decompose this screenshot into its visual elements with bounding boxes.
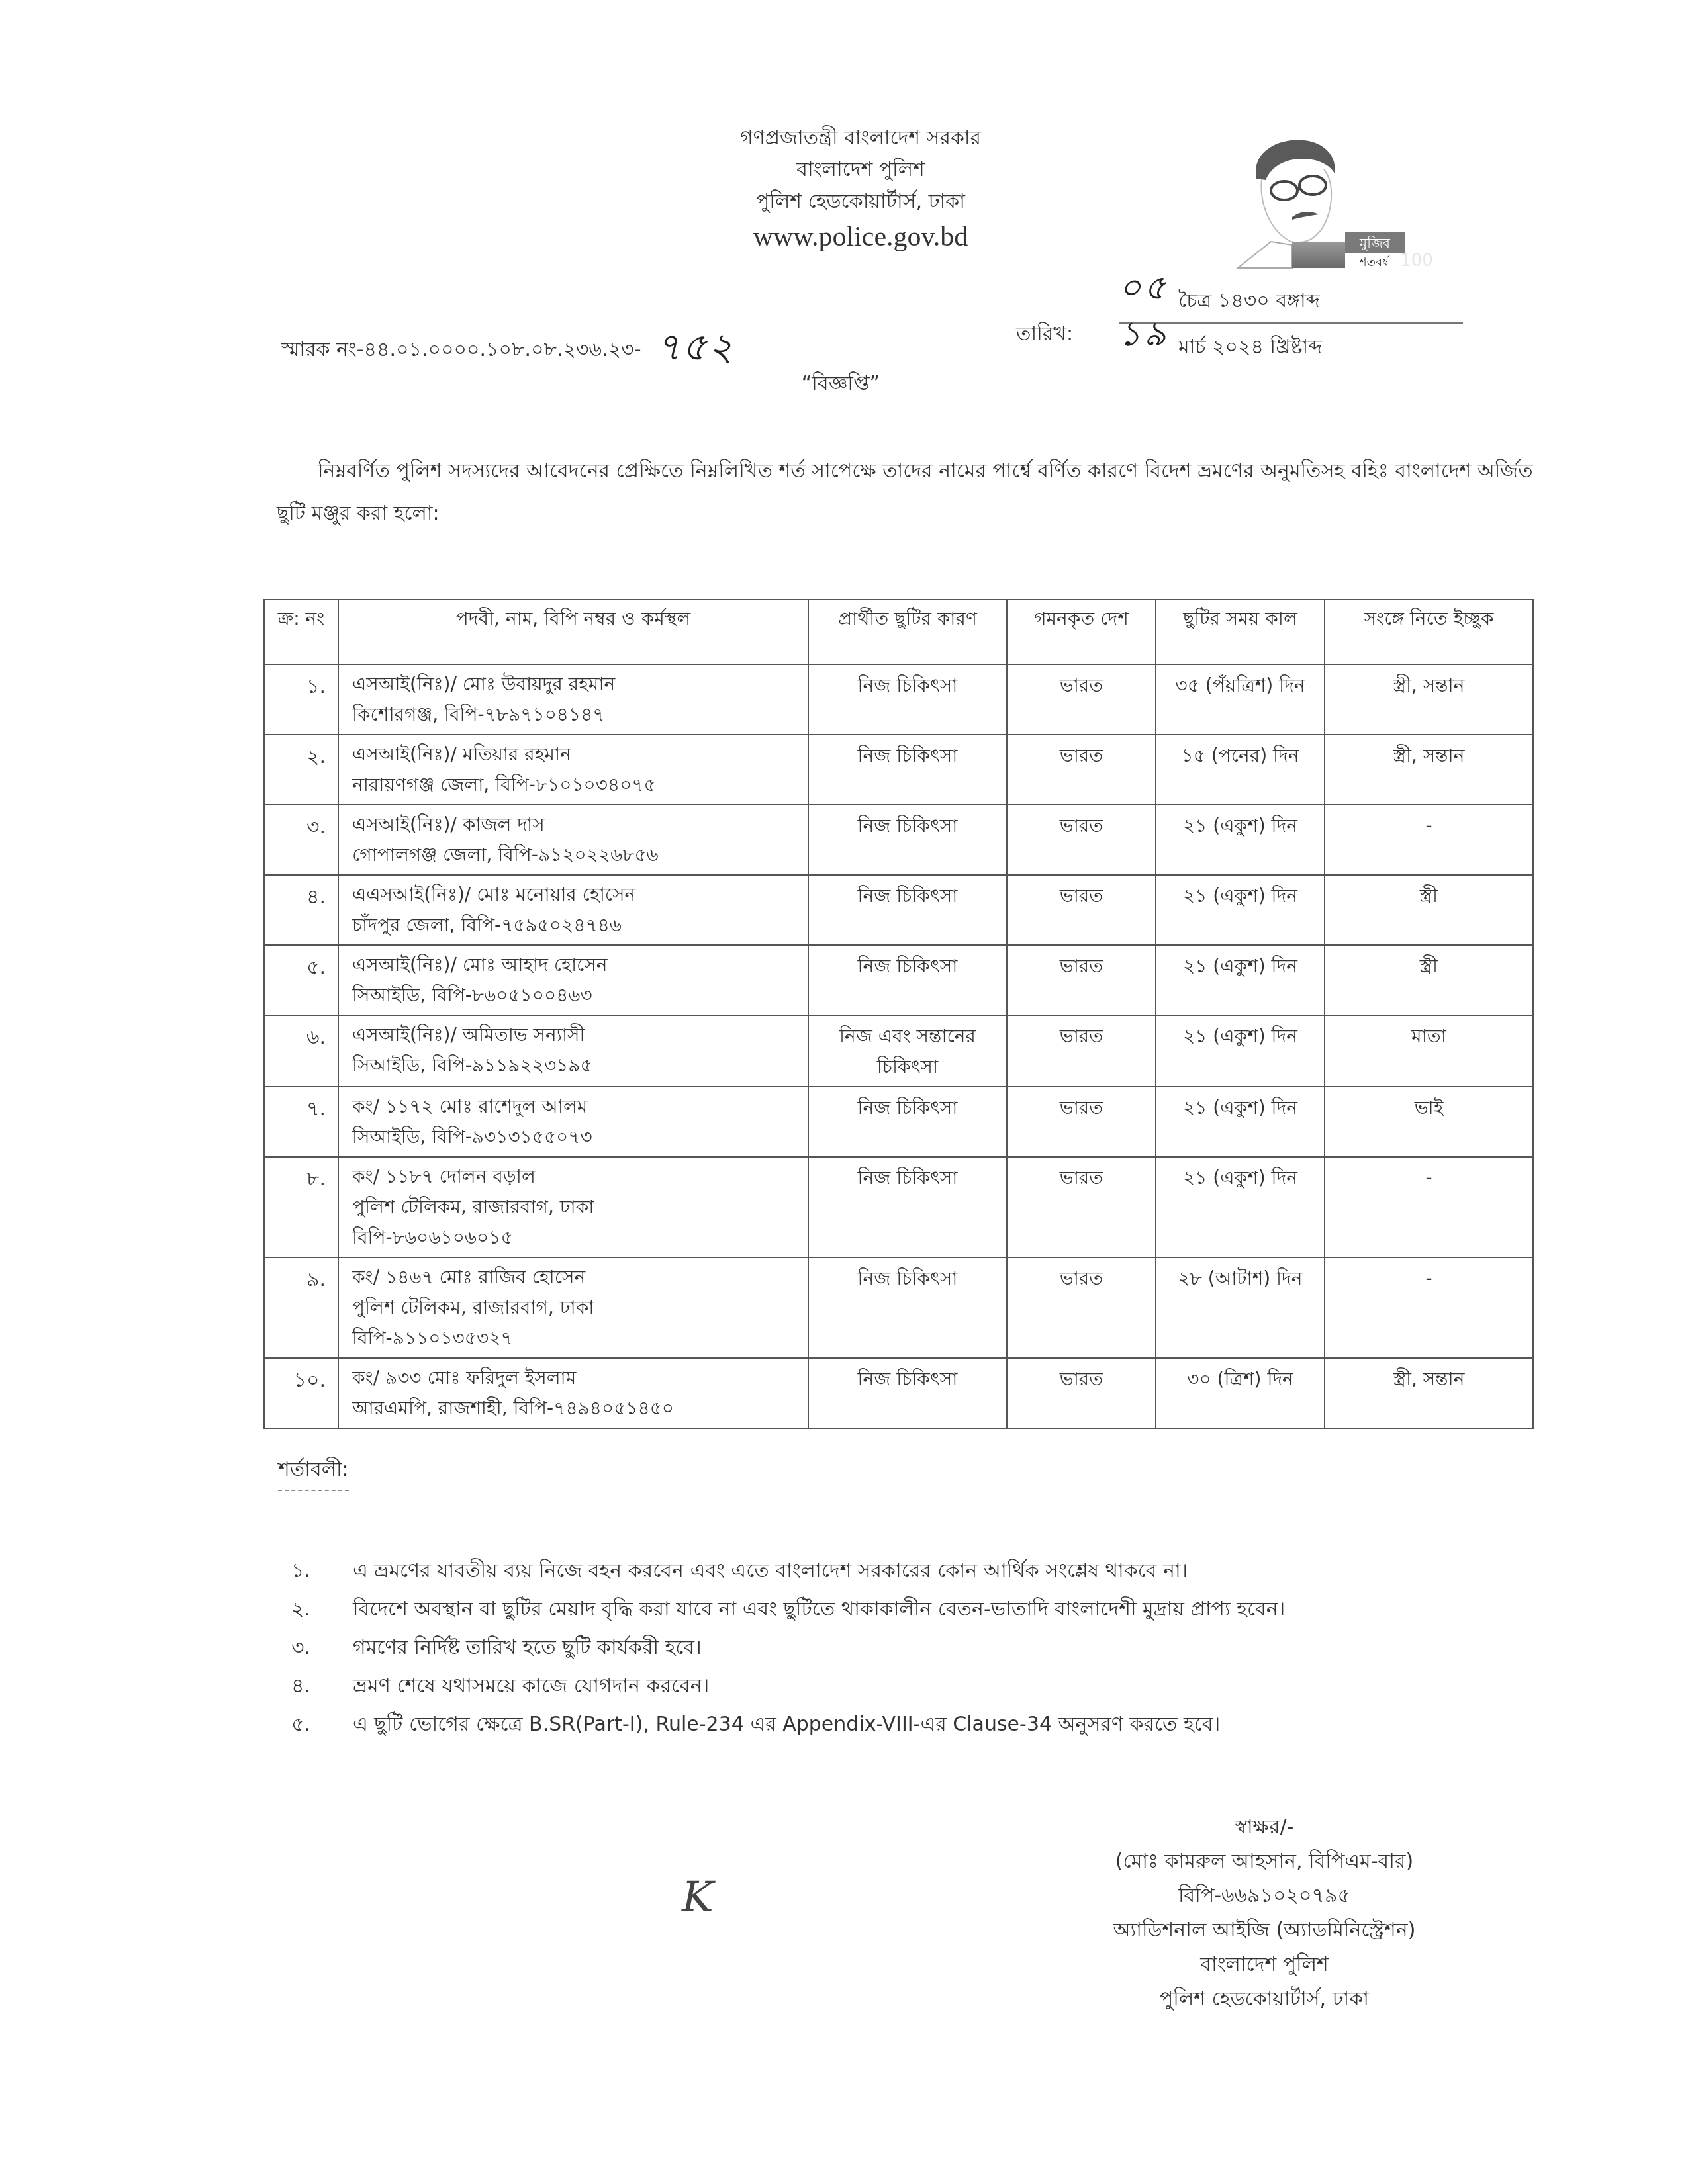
gregorian-date-day: ১৯ [1119, 307, 1178, 365]
svg-text:মুজিব: মুজিব [1359, 235, 1391, 251]
officer-detail-line: কিশোরগঞ্জ, বিপি-৭৮৯৭১০৪১৪৭ [352, 700, 801, 730]
bangla-date-rest: চৈত্র ১৪৩০ বঙ্গাব্দ [1178, 285, 1320, 318]
row-serial: ৬. [264, 1015, 338, 1087]
table-row: ৪.এএসআই(নিঃ)/ মোঃ মনোয়ার হোসেনচাঁদপুর জ… [264, 875, 1533, 945]
row-reason: নিজ চিকিৎসা [808, 1087, 1007, 1157]
col-header-reason: প্রার্থীত ছুটির কারণ [808, 600, 1007, 664]
officer-detail-line: বিপি-৯১১০১৩৫৩২৭ [352, 1323, 801, 1353]
row-officer: এএসআই(নিঃ)/ মোঃ মনোয়ার হোসেনচাঁদপুর জেল… [338, 875, 808, 945]
gregorian-date-rest: মার্চ ২০২৪ খ্রিষ্টাব্দ [1178, 331, 1322, 365]
date-block: ০৫ চৈত্র ১৪৩০ বঙ্গাব্দ ১৯ মার্চ ২০২৪ খ্র… [1119, 281, 1463, 365]
row-duration: ২১ (একুশ) দিন [1156, 805, 1325, 875]
row-companion: স্ত্রী [1325, 875, 1533, 945]
date-label: তারিখ: [1016, 318, 1073, 351]
table-body: ১.এসআই(নিঃ)/ মোঃ উবায়দুর রহমানকিশোরগঞ্জ… [264, 664, 1533, 1428]
table-row: ৩.এসআই(নিঃ)/ কাজল দাসগোপালগঞ্জ জেলা, বিপ… [264, 805, 1533, 875]
officer-detail-line: আরএমপি, রাজশাহী, বিপি-৭৪৯৪০৫১৪৫০ [352, 1393, 801, 1424]
leave-approval-table: ক্র: নং পদবী, নাম, বিপি নম্বর ও কর্মস্থল… [263, 599, 1534, 1429]
organization-name: বাংলাদেশ পুলিশ [596, 154, 1125, 186]
officer-detail-line: এসআই(নিঃ)/ কাজল দাস [352, 809, 801, 840]
officer-detail-line: এসআই(নিঃ)/ মোঃ উবায়দুর রহমান [352, 669, 801, 700]
row-duration: ২১ (একুশ) দিন [1156, 1015, 1325, 1087]
row-serial: ৯. [264, 1257, 338, 1358]
row-officer: কং/ ১৪৬৭ মোঃ রাজিব হোসেনপুলিশ টেলিকম, রা… [338, 1257, 808, 1358]
condition-number: ১. [277, 1555, 353, 1588]
website-link[interactable]: www.police.gov.bd [596, 218, 1125, 256]
col-header-name: পদবী, নাম, বিপি নম্বর ও কর্মস্থল [338, 600, 808, 664]
condition-number: ৩. [277, 1631, 353, 1665]
row-companion: - [1325, 1257, 1533, 1358]
condition-item: ৩.গমণের নির্দিষ্ট তারিখ হতে ছুটি কার্যকর… [277, 1629, 1534, 1667]
col-header-country: গমনকৃত দেশ [1007, 600, 1156, 664]
officer-detail-line: এসআই(নিঃ)/ মোঃ আহাদ হোসেন [352, 950, 801, 980]
row-serial: ৭. [264, 1087, 338, 1157]
row-reason: নিজ এবং সন্তানের চিকিৎসা [808, 1015, 1007, 1087]
intro-paragraph: নিম্নবর্ণিত পুলিশ সদস্যদের আবেদনের প্রেক… [277, 450, 1534, 535]
svg-text:100: 100 [1400, 251, 1433, 271]
row-reason: নিজ চিকিৎসা [808, 805, 1007, 875]
handwritten-initial: K [682, 1873, 714, 1922]
row-companion: - [1325, 805, 1533, 875]
row-officer: এসআই(নিঃ)/ মোঃ উবায়দুর রহমানকিশোরগঞ্জ, … [338, 664, 808, 735]
table-header-row: ক্র: নং পদবী, নাম, বিপি নম্বর ও কর্মস্থল… [264, 600, 1533, 664]
row-duration: ২৮ (আটাশ) দিন [1156, 1257, 1325, 1358]
row-country: ভারত [1007, 735, 1156, 805]
officer-detail-line: বিপি-৮৬০৬১০৬০১৫ [352, 1222, 801, 1253]
conditions-list: ১.এ ভ্রমণের যাবতীয় ব্যয় নিজে বহন করবেন… [277, 1552, 1534, 1744]
row-serial: ৫. [264, 945, 338, 1015]
row-companion: স্ত্রী [1325, 945, 1533, 1015]
signatory-designation: অ্যাডিশনাল আইজি (অ্যাডমিনিস্ট্রেশন) [1033, 1913, 1496, 1948]
col-header-duration: ছুটির সময় কাল [1156, 600, 1325, 664]
row-duration: ২১ (একুশ) দিন [1156, 945, 1325, 1015]
row-officer: এসআই(নিঃ)/ মতিয়ার রহমাননারায়ণগঞ্জ জেলা… [338, 735, 808, 805]
table-row: ৫.এসআই(নিঃ)/ মোঃ আহাদ হোসেনসিআইডি, বিপি-… [264, 945, 1533, 1015]
row-reason: নিজ চিকিৎসা [808, 875, 1007, 945]
row-reason: নিজ চিকিৎসা [808, 735, 1007, 805]
conditions-title: শর্তাবলী: [278, 1453, 349, 1491]
row-duration: ২১ (একুশ) দিন [1156, 875, 1325, 945]
row-serial: ১. [264, 664, 338, 735]
row-country: ভারত [1007, 1015, 1156, 1087]
mujib-centenary-logo-icon: মুজিব শতবর্ষ 100 [1218, 132, 1456, 271]
row-country: ভারত [1007, 1257, 1156, 1358]
memo-number: স্মারক নং-৪৪.০১.০০০০.১০৮.০৮.২৩৬.২৩-৭৫২ [281, 318, 735, 382]
condition-number: ২. [277, 1593, 353, 1627]
row-officer: এসআই(নিঃ)/ অমিতাভ সন্যাসীসিআইডি, বিপি-৯১… [338, 1015, 808, 1087]
condition-item: ৫.এ ছুটি ভোগের ক্ষেত্রে B.SR(Part-I), Ru… [277, 1706, 1534, 1744]
table-row: ৯.কং/ ১৪৬৭ মোঃ রাজিব হোসেনপুলিশ টেলিকম, … [264, 1257, 1533, 1358]
officer-detail-line: কং/ ৯৩৩ মোঃ ফরিদুল ইসলাম [352, 1363, 801, 1393]
row-officer: এসআই(নিঃ)/ কাজল দাসগোপালগঞ্জ জেলা, বিপি-… [338, 805, 808, 875]
officer-detail-line: সিআইডি, বিপি-৯৩১৩১৫৫০৭৩ [352, 1122, 801, 1152]
col-header-serial: ক্র: নং [264, 600, 338, 664]
intro-text: নিম্নবর্ণিত পুলিশ সদস্যদের আবেদনের প্রেক… [277, 459, 1533, 525]
condition-number: ৪. [277, 1670, 353, 1704]
signed-mark: স্বাক্ষর/- [1033, 1810, 1496, 1844]
row-officer: কং/ ৯৩৩ মোঃ ফরিদুল ইসলামআরএমপি, রাজশাহী,… [338, 1358, 808, 1428]
government-name: গণপ্রজাতন্ত্রী বাংলাদেশ সরকার [596, 122, 1125, 154]
row-country: ভারত [1007, 1157, 1156, 1257]
office-name: পুলিশ হেডকোয়ার্টার্স, ঢাকা [596, 186, 1125, 218]
row-serial: ৮. [264, 1157, 338, 1257]
signatory-bp-number: বিপি-৬৬৯১০২০৭৯৫ [1033, 1879, 1496, 1913]
col-header-companion: সংঙ্গে নিতে ইচ্ছুক [1325, 600, 1533, 664]
table-row: ৬.এসআই(নিঃ)/ অমিতাভ সন্যাসীসিআইডি, বিপি-… [264, 1015, 1533, 1087]
memo-label: স্মারক নং-৪৪.০১.০০০০.১০৮.০৮.২৩৬.২৩- [281, 338, 641, 361]
row-officer: কং/ ১১৮৭ দোলন বড়ালপুলিশ টেলিকম, রাজারবা… [338, 1157, 808, 1257]
officer-detail-line: এএসআই(নিঃ)/ মোঃ মনোয়ার হোসেন [352, 880, 801, 910]
gregorian-date: ১৯ মার্চ ২০২৪ খ্রিষ্টাব্দ [1119, 328, 1463, 365]
row-reason: নিজ চিকিৎসা [808, 1257, 1007, 1358]
officer-detail-line: এসআই(নিঃ)/ অমিতাভ সন্যাসী [352, 1020, 801, 1050]
signatory-organization: বাংলাদেশ পুলিশ [1033, 1948, 1496, 1982]
signatory-office: পুলিশ হেডকোয়ার্টার্স, ঢাকা [1033, 1982, 1496, 2017]
row-reason: নিজ চিকিৎসা [808, 945, 1007, 1015]
row-country: ভারত [1007, 945, 1156, 1015]
table-row: ২.এসআই(নিঃ)/ মতিয়ার রহমাননারায়ণগঞ্জ জে… [264, 735, 1533, 805]
letterhead: গণপ্রজাতন্ত্রী বাংলাদেশ সরকার বাংলাদেশ প… [596, 122, 1125, 256]
row-reason: নিজ চিকিৎসা [808, 1358, 1007, 1428]
row-serial: ৩. [264, 805, 338, 875]
officer-detail-line: সিআইডি, বিপি-৯১১৯২২৩১৯৫ [352, 1050, 801, 1081]
notice-title: “বিজ্ঞপ্তি” [702, 367, 980, 401]
row-duration: ৩৫ (পঁয়ত্রিশ) দিন [1156, 664, 1325, 735]
svg-text:শতবর্ষ: শতবর্ষ [1359, 255, 1390, 269]
row-serial: ১০. [264, 1358, 338, 1428]
row-companion: স্ত্রী, সন্তান [1325, 664, 1533, 735]
memo-handwritten-number: ৭৫২ [655, 324, 734, 369]
officer-detail-line: কং/ ১৪৬৭ মোঃ রাজিব হোসেন [352, 1262, 801, 1293]
row-officer: এসআই(নিঃ)/ মোঃ আহাদ হোসেনসিআইডি, বিপি-৮৬… [338, 945, 808, 1015]
condition-text: গমণের নির্দিষ্ট তারিখ হতে ছুটি কার্যকরী … [353, 1631, 1534, 1665]
row-companion: স্ত্রী, সন্তান [1325, 735, 1533, 805]
condition-text: বিদেশে অবস্থান বা ছুটির মেয়াদ বৃদ্ধি কর… [353, 1593, 1534, 1627]
row-companion: মাতা [1325, 1015, 1533, 1087]
row-companion: ভাই [1325, 1087, 1533, 1157]
officer-detail-line: পুলিশ টেলিকম, রাজারবাগ, ঢাকা [352, 1192, 801, 1222]
officer-detail-line: পুলিশ টেলিকম, রাজারবাগ, ঢাকা [352, 1293, 801, 1323]
condition-item: ৪.ভ্রমণ শেষে যথাসময়ে কাজে যোগদান করবেন। [277, 1667, 1534, 1706]
row-companion: স্ত্রী, সন্তান [1325, 1358, 1533, 1428]
row-reason: নিজ চিকিৎসা [808, 1157, 1007, 1257]
signatory-name: (মোঃ কামরুল আহসান, বিপিএম-বার) [1033, 1844, 1496, 1879]
row-country: ভারত [1007, 664, 1156, 735]
officer-detail-line: কং/ ১১৮৭ দোলন বড়াল [352, 1161, 801, 1192]
officer-detail-line: গোপালগঞ্জ জেলা, বিপি-৯১২০২২৬৮৫৬ [352, 840, 801, 870]
table-row: ১.এসআই(নিঃ)/ মোঃ উবায়দুর রহমানকিশোরগঞ্জ… [264, 664, 1533, 735]
officer-detail-line: চাঁদপুর জেলা, বিপি-৭৫৯৫০২৪৭৪৬ [352, 910, 801, 940]
table-row: ৭.কং/ ১১৭২ মোঃ রাশেদুল আলমসিআইডি, বিপি-৯… [264, 1087, 1533, 1157]
row-country: ভারত [1007, 1087, 1156, 1157]
row-officer: কং/ ১১৭২ মোঃ রাশেদুল আলমসিআইডি, বিপি-৯৩১… [338, 1087, 808, 1157]
row-country: ভারত [1007, 1358, 1156, 1428]
table-row: ৮.কং/ ১১৮৭ দোলন বড়ালপুলিশ টেলিকম, রাজার… [264, 1157, 1533, 1257]
row-reason: নিজ চিকিৎসা [808, 664, 1007, 735]
condition-text: এ ভ্রমণের যাবতীয় ব্যয় নিজে বহন করবেন এ… [353, 1555, 1534, 1588]
row-country: ভারত [1007, 875, 1156, 945]
condition-number: ৫. [277, 1708, 353, 1742]
row-country: ভারত [1007, 805, 1156, 875]
condition-item: ১.এ ভ্রমণের যাবতীয় ব্যয় নিজে বহন করবেন… [277, 1552, 1534, 1590]
row-serial: ৪. [264, 875, 338, 945]
row-duration: ৩০ (ত্রিশ) দিন [1156, 1358, 1325, 1428]
condition-text: এ ছুটি ভোগের ক্ষেত্রে B.SR(Part-I), Rule… [353, 1708, 1534, 1742]
officer-detail-line: কং/ ১১৭২ মোঃ রাশেদুল আলম [352, 1091, 801, 1122]
row-duration: ২১ (একুশ) দিন [1156, 1157, 1325, 1257]
row-duration: ১৫ (পনের) দিন [1156, 735, 1325, 805]
condition-text: ভ্রমণ শেষে যথাসময়ে কাজে যোগদান করবেন। [353, 1670, 1534, 1704]
table-row: ১০.কং/ ৯৩৩ মোঃ ফরিদুল ইসলামআরএমপি, রাজশা… [264, 1358, 1533, 1428]
officer-detail-line: সিআইডি, বিপি-৮৬০৫১০০৪৬৩ [352, 980, 801, 1011]
officer-detail-line: এসআই(নিঃ)/ মতিয়ার রহমান [352, 739, 801, 770]
signature-block: স্বাক্ষর/- (মোঃ কামরুল আহসান, বিপিএম-বার… [1033, 1810, 1496, 2017]
row-duration: ২১ (একুশ) দিন [1156, 1087, 1325, 1157]
row-serial: ২. [264, 735, 338, 805]
row-companion: - [1325, 1157, 1533, 1257]
officer-detail-line: নারায়ণগঞ্জ জেলা, বিপি-৮১০১০৩৪০৭৫ [352, 770, 801, 800]
condition-item: ২.বিদেশে অবস্থান বা ছুটির মেয়াদ বৃদ্ধি … [277, 1590, 1534, 1629]
